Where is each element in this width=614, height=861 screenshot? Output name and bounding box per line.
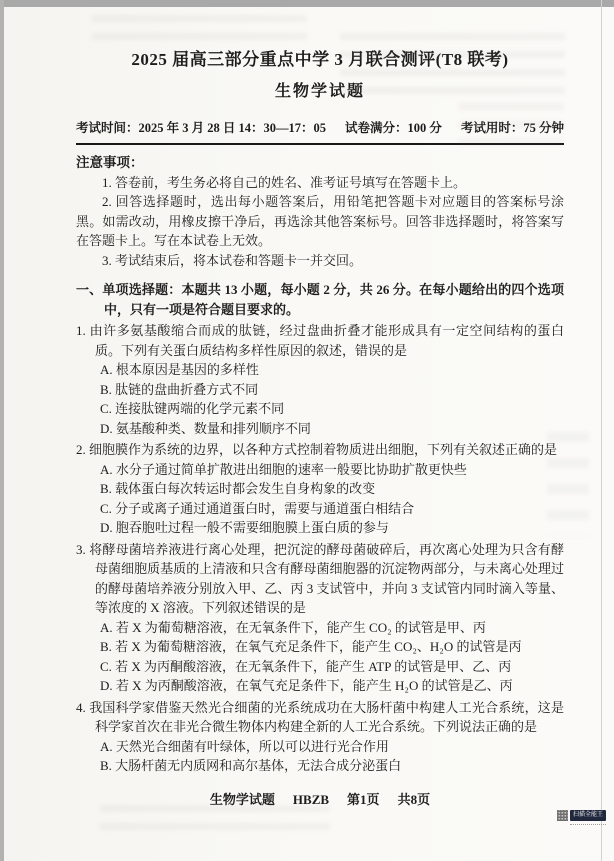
paper-sheet: 2025 届高三部分重点中学 3 月联合测评(T8 联考) 生物学试题 考试时间…	[4, 7, 614, 861]
question-stem: 3. 将酵母菌培养液进行离心处理，把沉淀的酵母菌破碎后，再次离心处理为只含有酵母…	[76, 540, 564, 618]
exam-duration: 考试用时：75 分钟	[461, 119, 564, 137]
notice-item: 3. 考试结束后，将本试卷和答题卡一并交回。	[76, 251, 564, 271]
exam-time: 考试时间：2025 年 3 月 28 日 14：30—17：05	[76, 119, 326, 137]
question-1: 1. 由许多氨基酸缩合而成的肽链，经过盘曲折叠才能形成具有一定空间结构的蛋白质。…	[76, 321, 564, 438]
scanned-exam-page: 2025 届高三部分重点中学 3 月联合测评(T8 联考) 生物学试题 考试时间…	[0, 0, 614, 861]
exam-header: 2025 届高三部分重点中学 3 月联合测评(T8 联考) 生物学试题	[76, 48, 564, 104]
option-d: D. 胞吞胞吐过程一般不需要细胞膜上蛋白质的参与	[76, 518, 564, 538]
option-a: A. 若 X 为葡萄糖溶液，在无氧条件下，能产生 CO₂ 的试管是甲、丙	[76, 618, 564, 638]
option-d: D. 氨基酸种类、数量和排列顺序不同	[76, 419, 564, 439]
option-b: B. 若 X 为葡萄糖溶液，在氧气充足条件下，能产生 CO₂、H₂O 的试管是丙	[76, 637, 564, 657]
footer-page-number: 第1页	[347, 790, 380, 809]
scan-edge-top	[0, 0, 614, 7]
question-2: 2. 细胞膜作为系统的边界，以各种方式控制着物质进出细胞，下列有关叙述正确的是 …	[76, 440, 564, 538]
question-4: 4. 我国科学家借鉴天然光合细菌的光系统成功在大肠杆菌中构建人工光合系统，这是科…	[76, 698, 564, 776]
option-b: B. 大肠杆菌无内质网和高尔基体，无法合成分泌蛋白	[76, 756, 564, 776]
page-edge-line	[601, 0, 602, 861]
exam-title: 2025 届高三部分重点中学 3 月联合测评(T8 联考)	[76, 48, 564, 72]
notice-item: 1. 答卷前，考生务必将自己的姓名、准考证号填写在答题卡上。	[76, 173, 564, 193]
footer-page-total: 共8页	[398, 790, 431, 809]
divider-rule	[76, 143, 564, 145]
exam-info-row: 考试时间：2025 年 3 月 28 日 14：30—17：05 试卷满分：10…	[76, 119, 564, 137]
option-a: A. 水分子通过简单扩散进出细胞的速率一般要比协助扩散更快些	[76, 460, 564, 480]
section-heading: 一、单项选择题：本题共 13 小题，每小题 2 分，共 26 分。在每小题给出的…	[76, 280, 564, 319]
footer-code: HBZB	[293, 790, 329, 809]
option-c: C. 若 X 为丙酮酸溶液，在无氧条件下，能产生 ATP 的试管是甲、乙、丙	[76, 657, 564, 677]
exam-full-score: 试卷满分：100 分	[345, 119, 442, 137]
exam-subtitle: 生物学试题	[76, 80, 564, 104]
question-stem: 4. 我国科学家借鉴天然光合细菌的光系统成功在大肠杆菌中构建人工光合系统，这是科…	[76, 698, 564, 737]
qr-code-icon	[557, 810, 568, 821]
option-b: B. 载体蛋白每次转运时都会发生自身构象的改变	[76, 479, 564, 499]
scanner-watermark: 扫描全能王	[557, 810, 606, 825]
scanner-app-badge: 扫描全能王	[570, 810, 606, 821]
footer-course: 生物学试题	[210, 790, 275, 809]
option-b: B. 肽链的盘曲折叠方式不同	[76, 380, 564, 400]
question-stem: 1. 由许多氨基酸缩合而成的肽链，经过盘曲折叠才能形成具有一定空间结构的蛋白质。…	[76, 321, 564, 360]
bleed-through-artifact	[92, 15, 307, 41]
notice-block: 注意事项： 1. 答卷前，考生务必将自己的姓名、准考证号填写在答题卡上。 2. …	[76, 153, 564, 270]
notice-heading: 注意事项：	[76, 153, 564, 173]
option-a: A. 根本原因是基因的多样性	[76, 360, 564, 380]
option-d: D. 若 X 为丙酮酸溶液，在氧气充足条件下，能产生 H₂O 的试管是乙、丙	[76, 676, 564, 696]
bleed-through-artifact	[100, 805, 330, 839]
option-a: A. 天然光合细菌有叶绿体，所以可以进行光合作用	[76, 737, 564, 757]
scanner-watermark-subline	[570, 822, 606, 825]
question-stem: 2. 细胞膜作为系统的边界，以各种方式控制着物质进出细胞，下列有关叙述正确的是	[76, 440, 564, 460]
page-footer: 生物学试题 HBZB 第1页 共8页	[76, 790, 564, 809]
option-c: C. 分子或离子通过通道蛋白时，需要与通道蛋白相结合	[76, 499, 564, 519]
question-3: 3. 将酵母菌培养液进行离心处理，把沉淀的酵母菌破碎后，再次离心处理为只含有酵母…	[76, 540, 564, 696]
notice-item: 2. 回答选择题时，选出每小题答案后，用铅笔把答题卡对应题目的答案标号涂黑。如需…	[76, 192, 564, 251]
option-c: C. 连接肽键两端的化学元素不同	[76, 399, 564, 419]
